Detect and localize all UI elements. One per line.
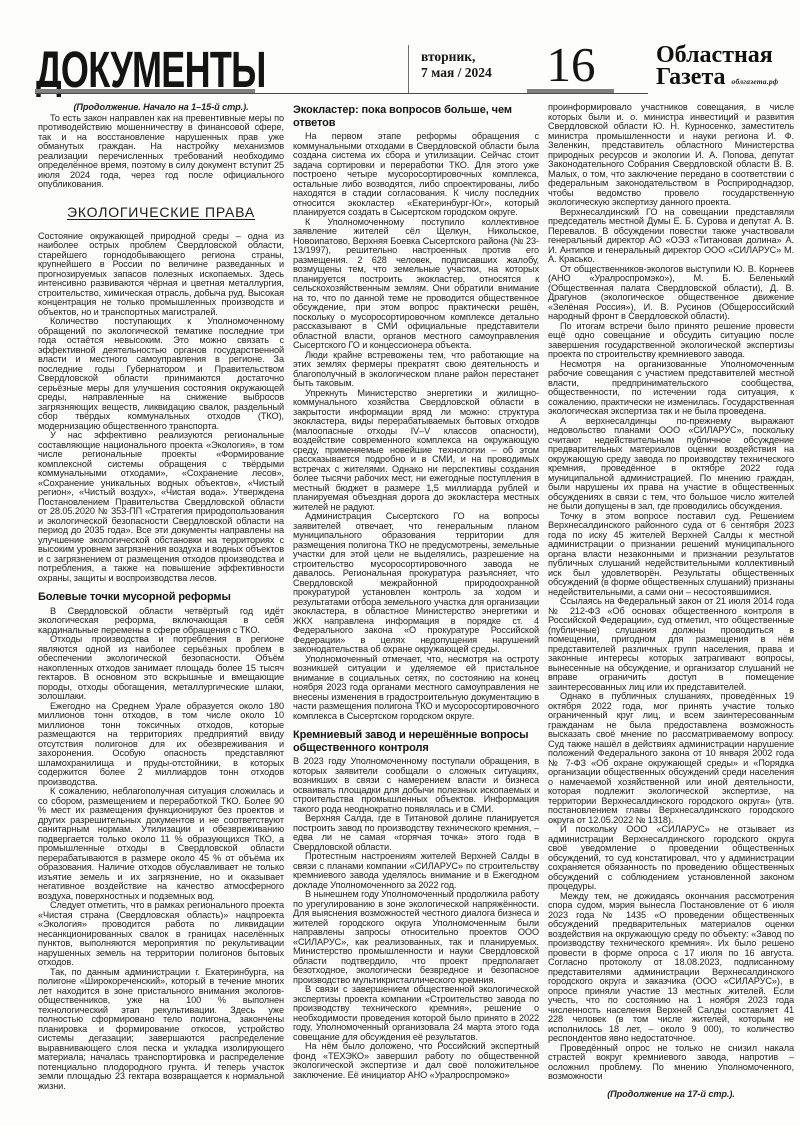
column-3: проинформировало участников совещания, в…: [548, 103, 794, 1100]
paragraph: Администрация Сысертского ГО на вопросы …: [293, 512, 539, 655]
column-2: Экокластер: пока вопросов больше, чем от…: [293, 103, 539, 1100]
paragraph: Уполномоченный отмечает, что, несмотря н…: [293, 655, 539, 722]
masthead-rule: [35, 93, 648, 94]
newspaper-page: ДОКУМЕНТЫ вторник, 7 мая / 2024 16 Облас…: [0, 0, 800, 1125]
logo-line2: Газета облгазета.рф: [656, 66, 778, 93]
paragraph: Верхнесалдинский ГО на совещании предста…: [548, 208, 794, 265]
paragraph: Упрекнуть Министерство энергетики и жили…: [293, 389, 539, 513]
paragraph: Состояние окружающей природной среды – о…: [38, 232, 284, 318]
continuation-note: (Продолжение. Начало на 1–15-й стр.).: [38, 103, 284, 113]
subheading-silicon-plant: Кремниевый завод и нерешённые вопросы об…: [293, 729, 539, 754]
paragraph: К Уполномоченному поступило коллективное…: [293, 218, 539, 351]
paragraph: То есть закон направлен как на превентив…: [38, 114, 284, 190]
paragraph: Точку в этом вопросе поставил суд. Решен…: [548, 512, 794, 598]
paragraph: В нынешнем году Уполномоченный продолжил…: [293, 890, 539, 985]
paragraph: А верхнесалдинцы по-прежнему выражают не…: [548, 417, 794, 512]
masthead: ДОКУМЕНТЫ вторник, 7 мая / 2024 16 Облас…: [0, 0, 800, 100]
edition-date-day: 7 мая / 2024: [421, 65, 492, 81]
subheading-ecocluster: Экокластер: пока вопросов больше, чем от…: [293, 104, 539, 129]
paragraph: Однако в публичных слушаниях, проведённы…: [548, 692, 794, 825]
masthead-divider: [408, 45, 409, 93]
article-columns: (Продолжение. Начало на 1–15-й стр.). То…: [38, 103, 794, 1100]
subheading-waste-reform: Болевые точки мусорной реформы: [38, 591, 284, 604]
paragraph: Ссылаясь на Федеральный закон от 21 июля…: [548, 597, 794, 692]
paragraph: Количество поступающих к Уполномоченному…: [38, 317, 284, 431]
paragraph: Проведённый опрос не только не снизил на…: [548, 1044, 794, 1082]
paragraph: На нём было доложено, что Российский экс…: [293, 1042, 539, 1080]
paragraph: И поскольку ООО «СИЛАРУС» не отзывает из…: [548, 825, 794, 892]
paragraph: Люди крайне встревожены тем, что работаю…: [293, 351, 539, 389]
paragraph: В Свердловской области четвёртый год идё…: [38, 607, 284, 636]
paragraph: Верхняя Салда, где в Титановой долине пл…: [293, 814, 539, 852]
paragraph: На первом этапе реформы обращения с комм…: [293, 132, 539, 218]
paragraph: проинформировало участников совещания, в…: [548, 103, 794, 208]
paragraph: Отходы производства и потребления в реги…: [38, 635, 284, 702]
paragraph: Так, по данным администрации г. Екатерин…: [38, 968, 284, 1092]
paragraph: От общественников-экологов выступили Ю. …: [548, 265, 794, 322]
paragraph: По итогам встречи было принято решение п…: [548, 322, 794, 360]
edition-date-weekday: вторник,: [421, 49, 492, 65]
page-number: 16: [515, 36, 627, 93]
paragraph: В связи с завершением общественной эколо…: [293, 985, 539, 1042]
newspaper-logo: Областная Газета облгазета.рф: [656, 44, 778, 93]
edition-date: вторник, 7 мая / 2024: [421, 49, 492, 81]
paragraph: Несмотря на организованные Уполномоченны…: [548, 360, 794, 417]
logo-line1: Областная: [656, 44, 778, 66]
paragraph: В 2023 году Уполномоченному поступали об…: [293, 757, 539, 814]
column-1: (Продолжение. Начало на 1–15-й стр.). То…: [38, 103, 284, 1100]
section-heading-ecological-rights: ЭКОЛОГИЧЕСКИЕ ПРАВА: [38, 204, 284, 220]
paragraph: У нас эффективно реализуются региональны…: [38, 431, 284, 583]
paragraph: К сожалению, неблагополучная ситуация сл…: [38, 787, 284, 901]
logo-site-url: облгазета.рф: [732, 77, 779, 86]
paragraph: Между тем, не дожидаясь окончания рассмо…: [548, 892, 794, 1044]
paragraph: Ежегодно на Среднем Урале образуется око…: [38, 702, 284, 788]
paragraph: Протестным настроениям жителей Верхней С…: [293, 852, 539, 890]
continuation-next-note: (Продолжение на 17-й стр.).: [548, 1090, 794, 1100]
paragraph: Следует отметить, что в рамках региональ…: [38, 901, 284, 968]
